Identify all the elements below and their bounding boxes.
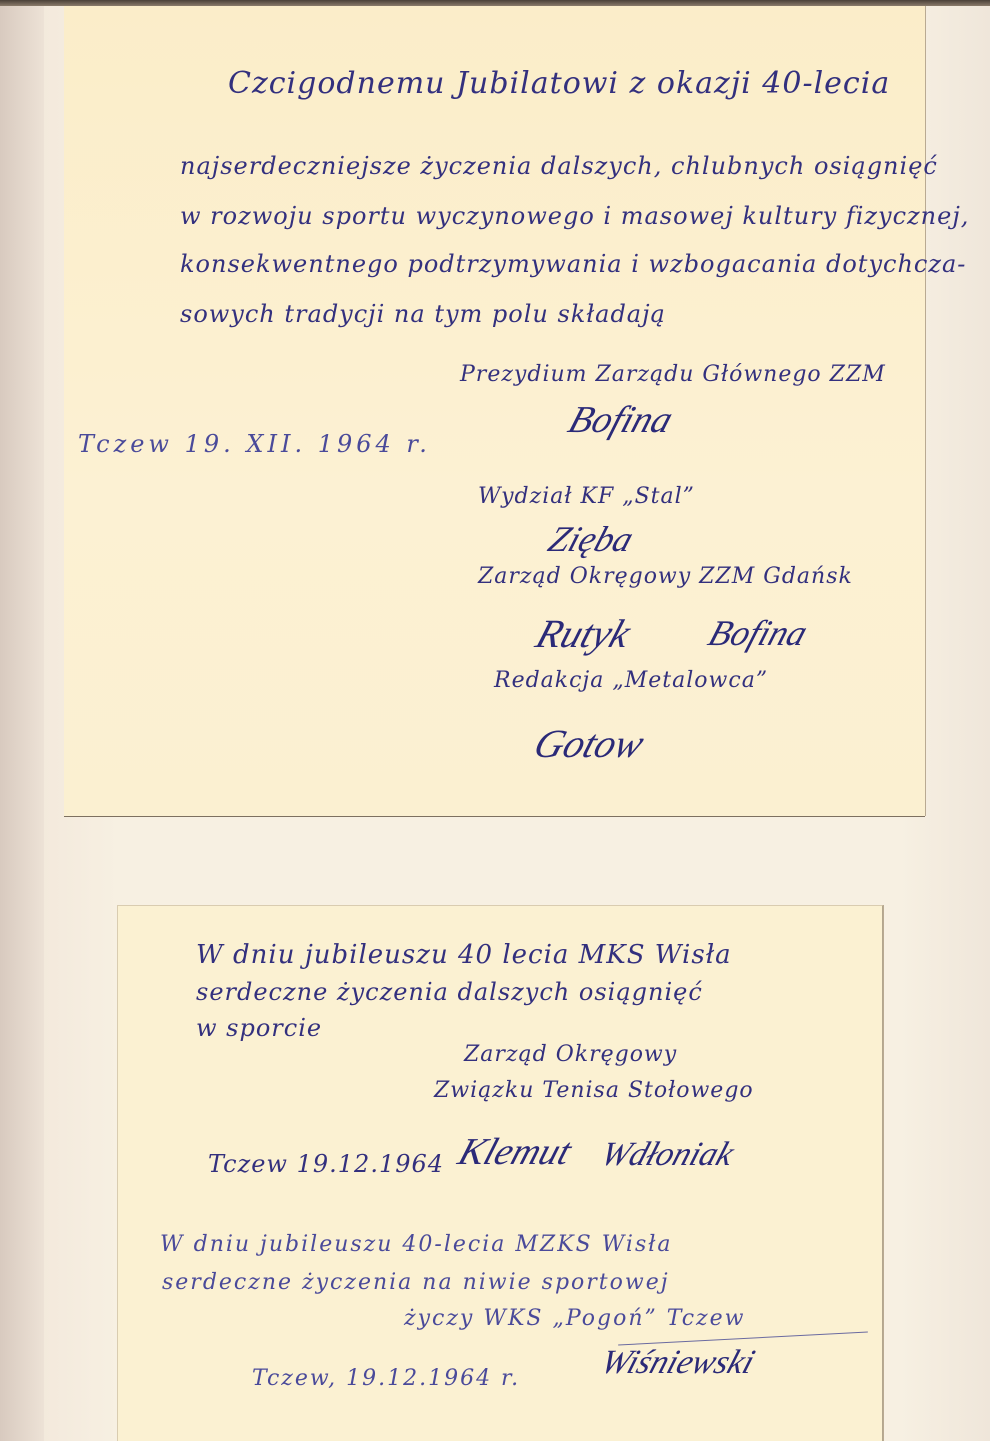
message1-line-3: w sporcie <box>196 1014 322 1042</box>
message1-sender-2: Związku Tenisa Stołowego <box>434 1078 754 1103</box>
signature-2: Zięba <box>543 518 639 560</box>
message1-signature-2: Wdłoniak <box>596 1136 739 1174</box>
message1-line-1: W dniu jubileuszu 40 lecia MKS Wisła <box>196 940 732 970</box>
signature-1: Bofina <box>563 398 679 442</box>
signatory-org-1: Prezydium Zarządu Głównego ZZM <box>460 362 886 387</box>
message1-place-date: Tczew 19.12.1964 <box>208 1150 444 1178</box>
signatory-org-3: Zarząd Okręgowy ZZM Gdańsk <box>478 564 853 589</box>
message1-sender-1: Zarząd Okręgowy <box>464 1042 677 1067</box>
message2-signature: Wiśniewski <box>596 1344 759 1382</box>
greeting-line-4: konsekwentnego podtrzymywania i wzbogaca… <box>180 250 966 278</box>
signatory-org-2: Wydział KF „Stal” <box>478 484 695 509</box>
message2-place-date: Tczew, 19.12.1964 r. <box>252 1366 520 1391</box>
signature-3b: Bofina <box>703 612 813 654</box>
greeting-line-5: sowych tradycji na tym polu składają <box>180 300 666 328</box>
message1-signature-1: Klemut <box>453 1130 577 1174</box>
signature-4: Gotow <box>528 720 650 767</box>
greeting-line-2: najserdeczniejsze życzenia dalszych, chl… <box>180 152 938 180</box>
greeting-line-3: w rozwoju sportu wyczynowego i masowej k… <box>180 202 969 230</box>
album-spine <box>0 0 44 1441</box>
greeting-card-bottom: W dniu jubileuszu 40 lecia MKS Wisła ser… <box>117 905 883 1441</box>
message2-line-3: życzy WKS „Pogoń” Tczew <box>404 1306 746 1331</box>
signatory-org-4: Redakcja „Metalowca” <box>494 668 768 693</box>
message1-line-2: serdeczne życzenia dalszych osiągnięć <box>196 978 703 1006</box>
signature-3a: Rutyk <box>530 610 636 657</box>
greeting-card-top: Czcigodnemu Jubilatowi z okazji 40-lecia… <box>64 6 925 816</box>
place-date: Tczew 19. XII. 1964 r. <box>78 430 431 458</box>
message2-line-2: serdeczne życzenia na niwie sportowej <box>162 1270 670 1295</box>
greeting-line-1: Czcigodnemu Jubilatowi z okazji 40-lecia <box>228 66 890 101</box>
message2-line-1: W dniu jubileuszu 40-lecia MZKS Wisła <box>160 1232 673 1257</box>
